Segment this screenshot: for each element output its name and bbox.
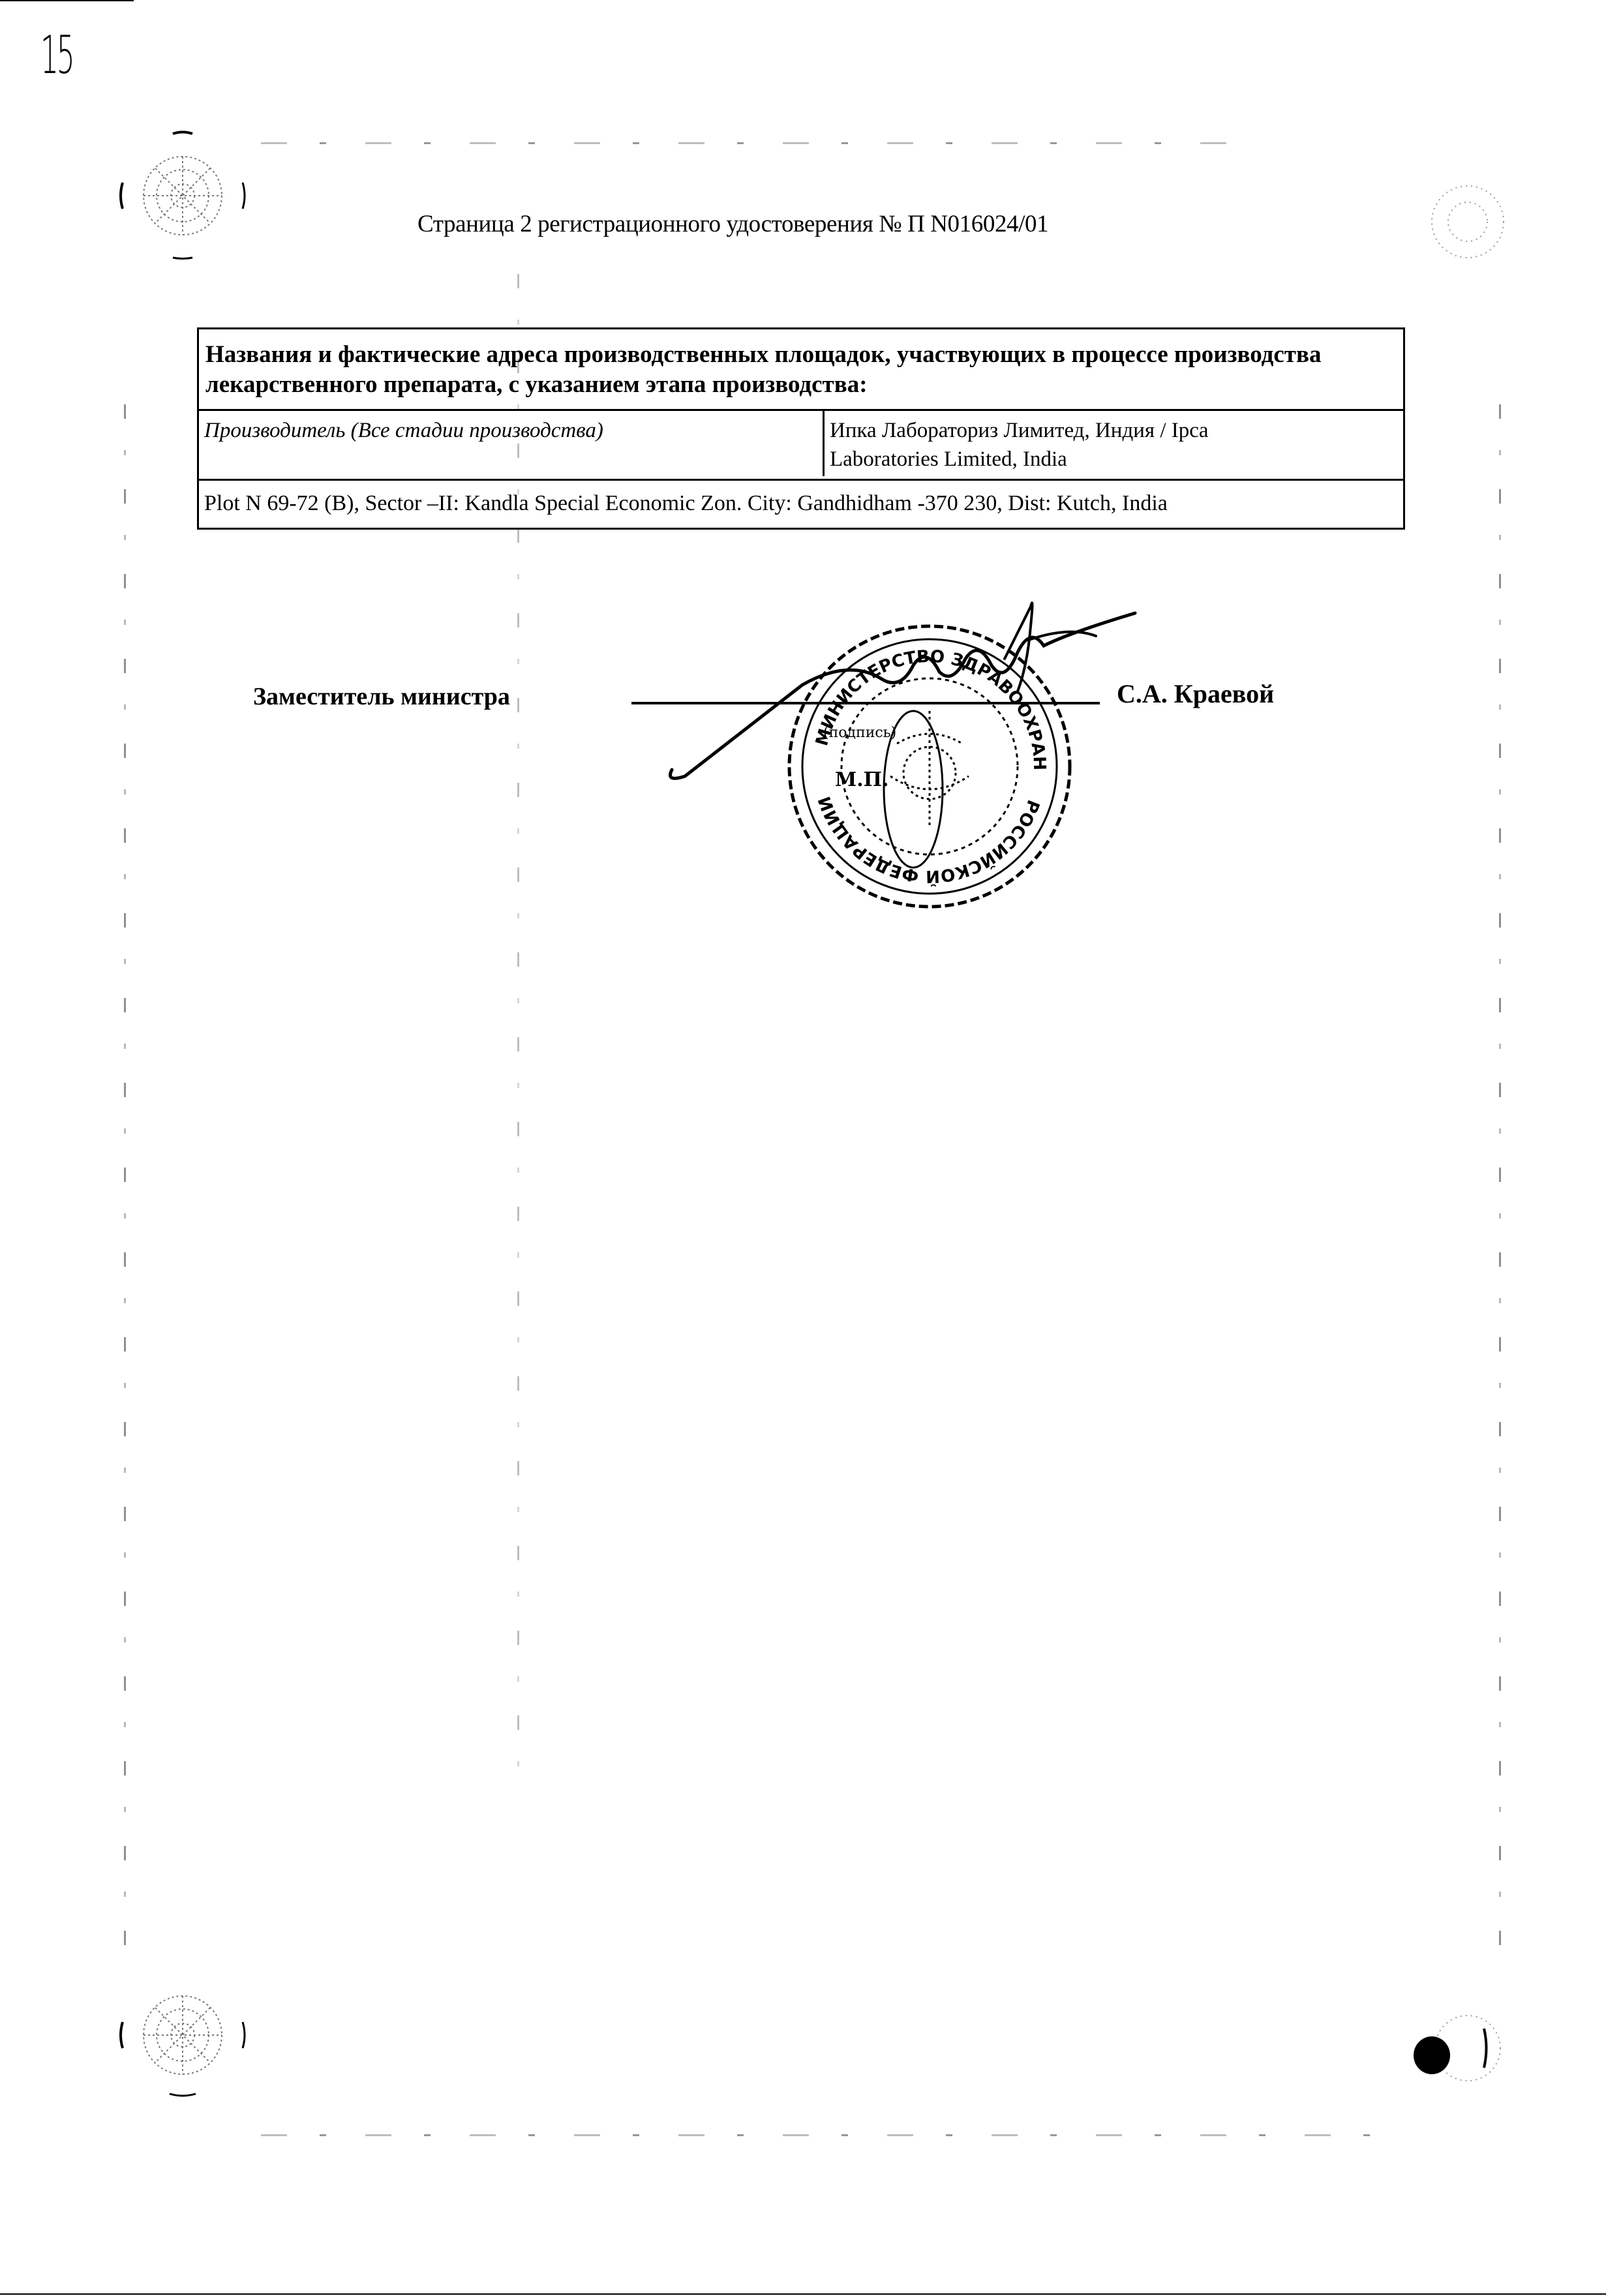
- table-row: Производитель (Все стадии производства) …: [199, 409, 1403, 479]
- hole-punch-mark: [1414, 2036, 1450, 2074]
- svg-text:РОССИЙСКОЙ ФЕДЕРАЦИИ: РОССИЙСКОЙ ФЕДЕРАЦИИ: [815, 794, 1043, 887]
- rosette-ornament-icon: [117, 130, 248, 261]
- guard-line-top: [261, 142, 1252, 144]
- guard-line-left: [124, 404, 126, 1970]
- rosette-ornament-icon: [117, 1970, 248, 2100]
- table-heading-row: Названия и фактические адреса производст…: [199, 329, 1403, 409]
- manufacturer-role: Производитель (Все стадии производства): [199, 411, 825, 476]
- production-sites-table: Названия и фактические адреса производст…: [197, 327, 1405, 530]
- rosette-ornament-icon: [1402, 157, 1533, 287]
- page-title: Страница 2 регистрационного удостоверени…: [417, 210, 1048, 238]
- table-heading: Названия и фактические адреса производст…: [199, 329, 1403, 409]
- manufacturer-name-line-2: Laboratories Limited, India: [830, 445, 1397, 474]
- scan-edge-line: [0, 2293, 1606, 2295]
- guard-line-bottom: [261, 2134, 1370, 2136]
- manufacturer-name: Ипка Лабораториз Лимитед, Индия / Ipca L…: [825, 411, 1403, 479]
- handwritten-signature: [665, 587, 1148, 796]
- site-address: Plot N 69-72 (B), Sector –II: Kandla Spe…: [199, 481, 1173, 528]
- handwritten-page-number: 15: [40, 25, 72, 85]
- table-row: Plot N 69-72 (B), Sector –II: Kandla Spe…: [199, 479, 1403, 528]
- signer-title: Заместитель министра: [253, 682, 510, 711]
- guard-line-right: [1499, 404, 1501, 1970]
- manufacturer-name-line-1: Ипка Лабораториз Лимитед, Индия / Ipca: [830, 416, 1397, 445]
- scan-edge-line: [0, 0, 134, 1]
